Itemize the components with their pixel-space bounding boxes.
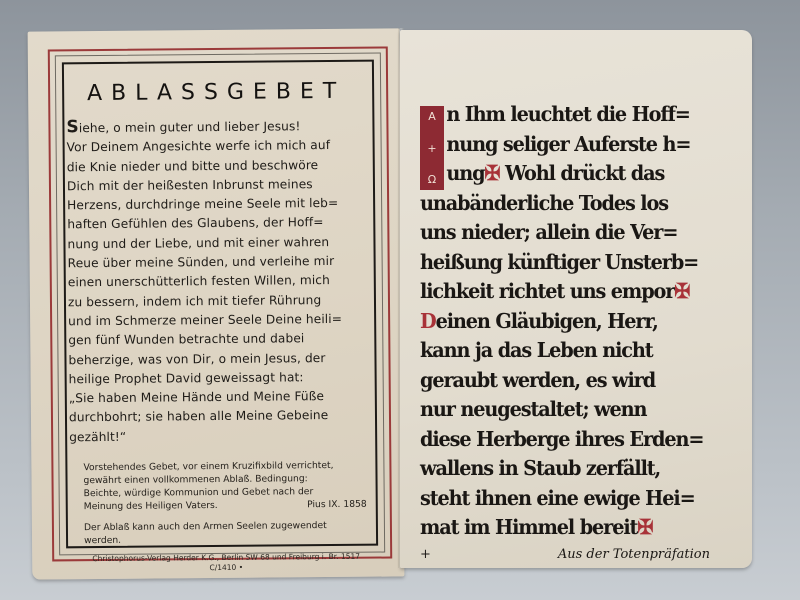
- verse-line: Deinen Gläubigen, Herr,: [420, 307, 693, 337]
- verse-line: wallens in Staub zerfällt,: [420, 454, 693, 484]
- verse-line: ung✠ Wohl drückt das: [420, 159, 693, 189]
- verse-line: uns nieder; allein die Ver=: [420, 218, 693, 248]
- prayer-line: zu bessern, indem ich mit tiefer Rührung: [68, 290, 368, 312]
- indulgence-note: Vorstehendes Gebet, vor einem Kruzifixbi…: [83, 459, 367, 547]
- publisher-imprint: Christophorus-Verlag Herder K.G., Berlin…: [82, 552, 370, 575]
- prayer-line: und im Schmerze meiner Seele Deine heili…: [68, 310, 368, 332]
- verse-line: lichkeit richtet uns empor✠: [420, 277, 693, 307]
- prayer-line: die Knie nieder und bitte und beschwöre: [67, 155, 367, 177]
- prayer-card-right-page: A + Ω n Ihm leuchtet die Hoff= nung seli…: [400, 30, 752, 568]
- red-cross-icon: ✠: [674, 279, 689, 303]
- source-mark: +: [420, 547, 431, 562]
- verse-source: + Aus der Totenpräfation: [420, 547, 710, 562]
- verse-line: steht ihnen eine ewige Hei=: [420, 484, 693, 514]
- verse-line: mat im Himmel bereit✠: [420, 513, 693, 543]
- prayer-line: einen unerschütterlich festen Willen, mi…: [68, 271, 368, 293]
- verse-text: n Ihm leuchtet die Hoff= nung seliger Au…: [420, 100, 693, 543]
- note-line: Vorstehendes Gebet, vor einem Kruzifixbi…: [83, 459, 366, 474]
- note-line: werden.: [84, 532, 367, 547]
- prayer-line: Herzens, durchdringe meine Seele mit leb…: [67, 194, 367, 216]
- verse-line: unabänderliche Todes los: [420, 189, 693, 219]
- verse-line: n Ihm leuchtet die Hoff=: [420, 100, 693, 130]
- verse-line: kann ja das Leben nicht: [420, 336, 693, 366]
- red-cross-icon: ✠: [484, 161, 499, 185]
- prayer-text-block: ABLASSGEBET Siehe, o mein guter und lieb…: [66, 79, 370, 575]
- note-attribution: Pius IX. 1858: [307, 498, 367, 512]
- verse-wrap: A + Ω n Ihm leuchtet die Hoff= nung seli…: [420, 100, 710, 543]
- prayer-line: „Sie haben Meine Hände und Meine Füße: [69, 387, 369, 409]
- prayer-line: Dich mit der heißesten Inbrunst meines: [67, 175, 367, 197]
- note-line: Der Ablaß kann auch den Armen Seelen zug…: [84, 519, 367, 534]
- prayer-line: durchbohrt; sie haben alle Meine Gebeine: [69, 406, 369, 428]
- prayer-line: beherzige, was von Dir, o mein Jesus, de…: [68, 348, 368, 370]
- red-initial-d: D: [420, 309, 436, 333]
- calligraphy-verse-block: A + Ω n Ihm leuchtet die Hoff= nung seli…: [420, 100, 710, 562]
- prayer-line: nung und der Liebe, und mit einer wahren: [67, 232, 367, 254]
- verse-line: geraubt werden, es wird: [420, 366, 693, 396]
- prayer-line: Vor Deinem Angesichte werfe ich mich auf: [67, 136, 367, 158]
- prayer-line: haften Gefühlen des Glaubens, der Hoff=: [67, 213, 367, 235]
- red-cross-icon: ✠: [637, 515, 652, 539]
- prayer-line: gen fünf Wunden betrachte und dabei: [68, 329, 368, 351]
- source-text: Aus der Totenpräfation: [558, 547, 710, 562]
- prayer-line: heilige Prophet David geweissagt hat:: [69, 368, 369, 390]
- page-title: ABLASSGEBET: [66, 79, 366, 107]
- souls-note: Der Ablaß kann auch den Armen Seelen zug…: [84, 519, 367, 547]
- prayer-line: Reue über meine Sünden, und verleihe mir: [68, 252, 368, 274]
- note-line: Meinung des Heiligen Vaters.Pius IX. 185…: [84, 498, 367, 513]
- verse-line: nur neugestaltet; wenn: [420, 395, 693, 425]
- prayer-body: Siehe, o mein guter und lieber Jesus! Vo…: [66, 116, 369, 448]
- prayer-line: gezählt!“: [69, 425, 369, 447]
- verse-line: diese Herberge ihres Erden=: [420, 425, 693, 455]
- verse-line: heißung künftiger Unsterb=: [420, 248, 693, 278]
- prayer-line: Siehe, o mein guter und lieber Jesus!: [66, 116, 366, 139]
- prayer-card-left-page: ABLASSGEBET Siehe, o mein guter und lieb…: [28, 28, 405, 579]
- prayer-initial: S: [66, 117, 79, 137]
- verse-line: nung seliger Auferste h=: [420, 130, 693, 160]
